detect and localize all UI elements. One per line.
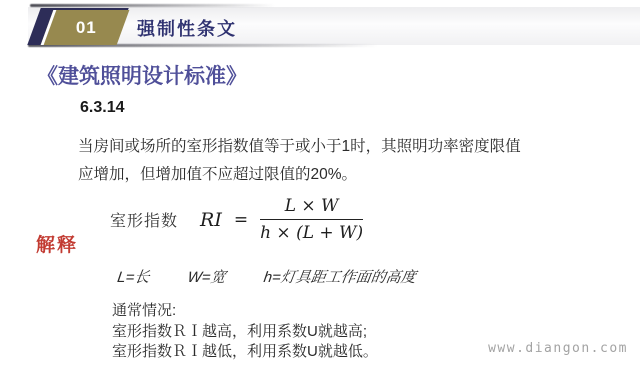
header-title: 强制性条文: [137, 15, 237, 41]
formula-denominator: h × (L + W): [260, 220, 363, 243]
usual-case-line-2: 室形指数ＲＩ越低，利用系数U就越低。: [112, 342, 378, 363]
usual-case-block: 通常情况: 室形指数ＲＩ越高，利用系数U就越高; 室形指数ＲＩ越低，利用系数U就…: [112, 301, 378, 363]
usual-case-line-1: 室形指数ＲＩ越高，利用系数U就越高;: [112, 322, 378, 343]
room-index-formula: 室形指数 RI = L × W h × (L + W): [110, 196, 363, 243]
formula-numerator: L × W: [260, 196, 363, 220]
body-line-2: 应增加，但增加值不应超过限值的20%。: [78, 161, 578, 189]
variable-W: W=宽: [186, 269, 226, 286]
formula-symbol: RI: [200, 209, 222, 231]
formula-fraction: L × W h × (L + W): [260, 196, 363, 243]
header-number: 01: [76, 18, 97, 38]
watermark-url: www.diangon.com: [488, 341, 628, 356]
formula-label: 室形指数: [110, 208, 178, 231]
section-number: 6.3.14: [80, 99, 124, 117]
explanation-label: 解释: [36, 230, 78, 257]
header-number-badge: 01: [41, 10, 130, 45]
presentation-slide: 01 强制性条文 《建筑照明设计标准》 6.3.14 当房间或场所的室形指数值等…: [0, 0, 640, 365]
body-paragraph: 当房间或场所的室形指数值等于或小于1时，其照明功率密度限值 应增加，但增加值不应…: [78, 133, 578, 189]
formula-equals-sign: =: [234, 210, 248, 230]
body-line-1: 当房间或场所的室形指数值等于或小于1时，其照明功率密度限值: [78, 133, 578, 161]
variable-definitions: L=长 W=宽 h=灯具距工作面的高度: [116, 266, 417, 287]
document-title: 《建筑照明设计标准》: [37, 60, 247, 90]
variable-h: h=灯具距工作面的高度: [263, 269, 417, 286]
variable-L: L=长: [116, 269, 150, 286]
usual-case-intro: 通常情况:: [112, 301, 378, 322]
header-top-shadow-line: [30, 4, 275, 7]
